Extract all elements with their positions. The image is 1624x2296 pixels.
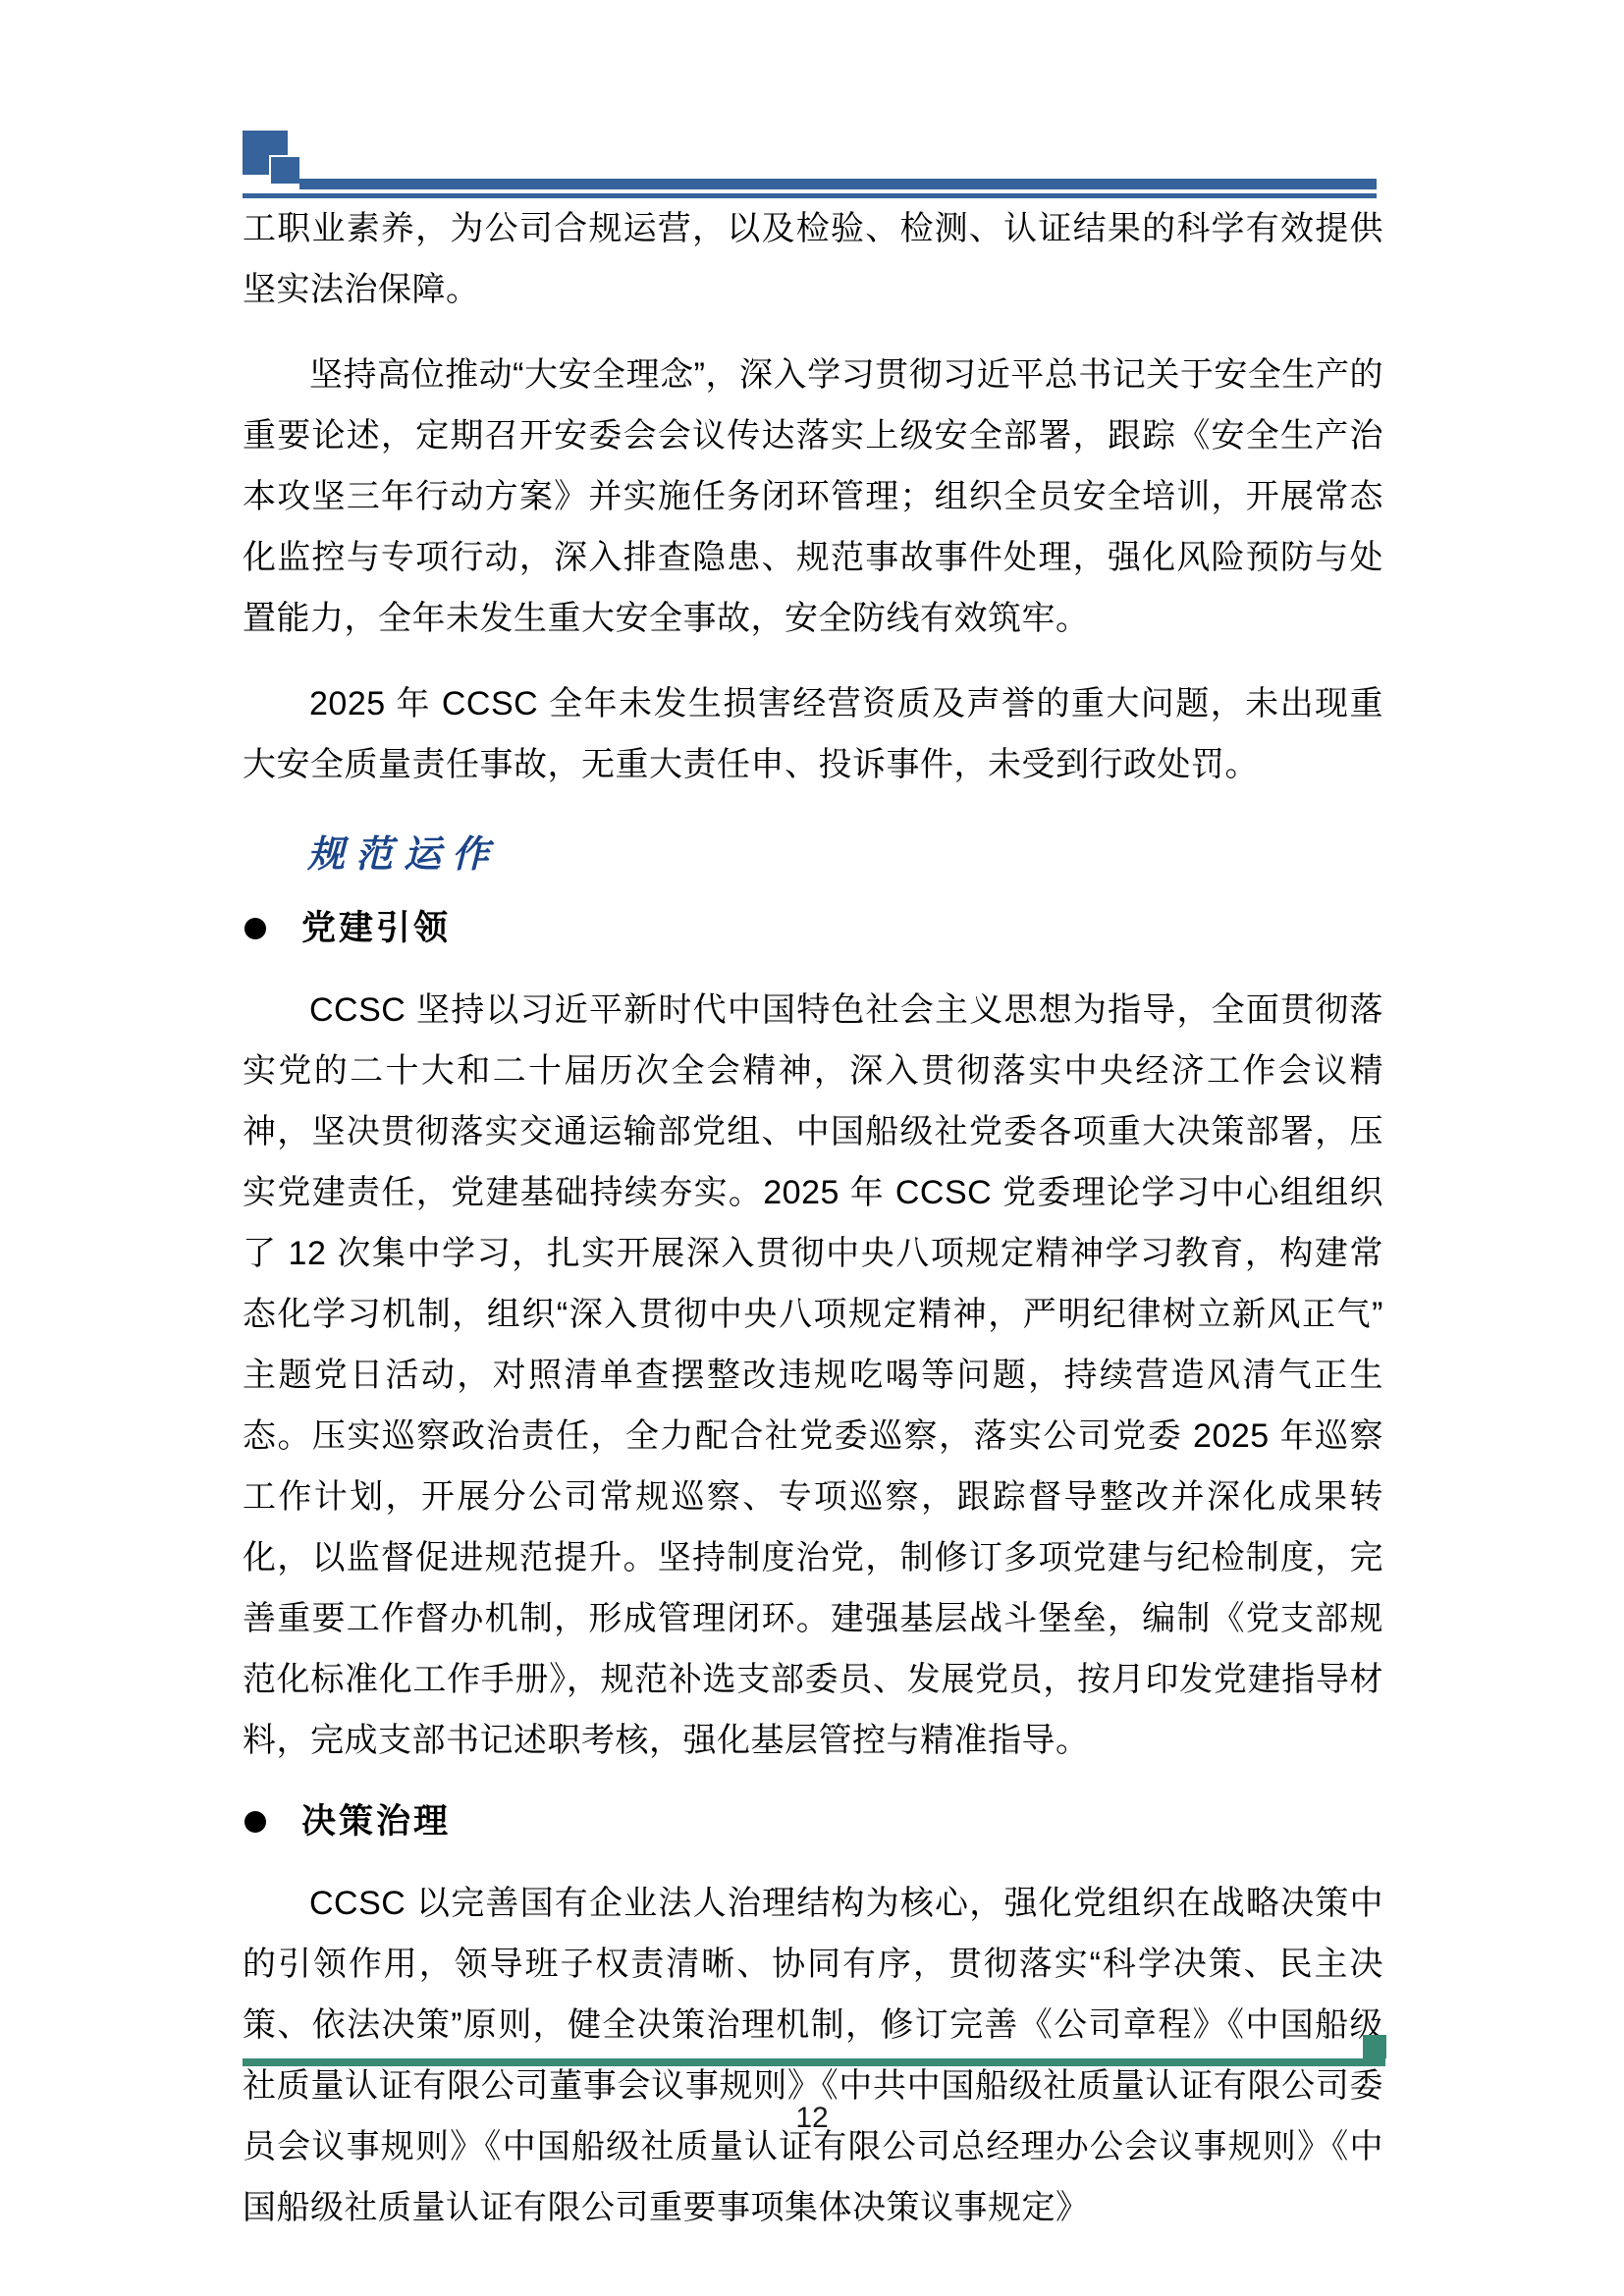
section-heading-standard-operation: 规范运作 bbox=[243, 830, 1383, 878]
page-number: 12 bbox=[0, 2099, 1624, 2138]
header-accent-square-small bbox=[271, 157, 299, 184]
document-page: 工职业素养，为公司合规运营，以及检验、检测、认证结果的科学有效提供坚实法治保障。… bbox=[0, 0, 1624, 2296]
footer-accent-square bbox=[1363, 2035, 1386, 2058]
paragraph-2025-record: 2025 年 CCSC 全年未发生损害经营资质及声誉的重大问题，未出现重大安全质… bbox=[243, 673, 1383, 795]
bullet-icon bbox=[244, 1811, 266, 1833]
bullet-label-party-building: 党建引领 bbox=[301, 905, 451, 952]
paragraph-safety-management: 坚持高位推动“大安全理念”，深入学习贯彻习近平总书记关于安全生产的重要论述，定期… bbox=[243, 345, 1383, 649]
bullet-item-party-building: 党建引领 bbox=[243, 905, 1383, 952]
paragraph-decision-governance: CCSC 以完善国有企业法人治理结构为核心，强化党组织在战略决策中的引领作用，领… bbox=[243, 1873, 1383, 2238]
bullet-label-decision-governance: 决策治理 bbox=[301, 1798, 451, 1845]
page-body: 工职业素养，为公司合规运营，以及检验、检测、认证结果的科学有效提供坚实法治保障。… bbox=[243, 198, 1383, 2263]
paragraph-party-building: CCSC 坚持以习近平新时代中国特色社会主义思想为指导，全面贯彻落实党的二十大和… bbox=[243, 980, 1383, 1771]
paragraph-legal-continuation: 工职业素养，为公司合规运营，以及检验、检测、认证结果的科学有效提供坚实法治保障。 bbox=[243, 198, 1383, 320]
footer-rule bbox=[243, 2058, 1385, 2066]
bullet-item-decision-governance: 决策治理 bbox=[243, 1798, 1383, 1845]
header-rule-thick bbox=[299, 179, 1377, 189]
bullet-icon bbox=[244, 918, 266, 939]
